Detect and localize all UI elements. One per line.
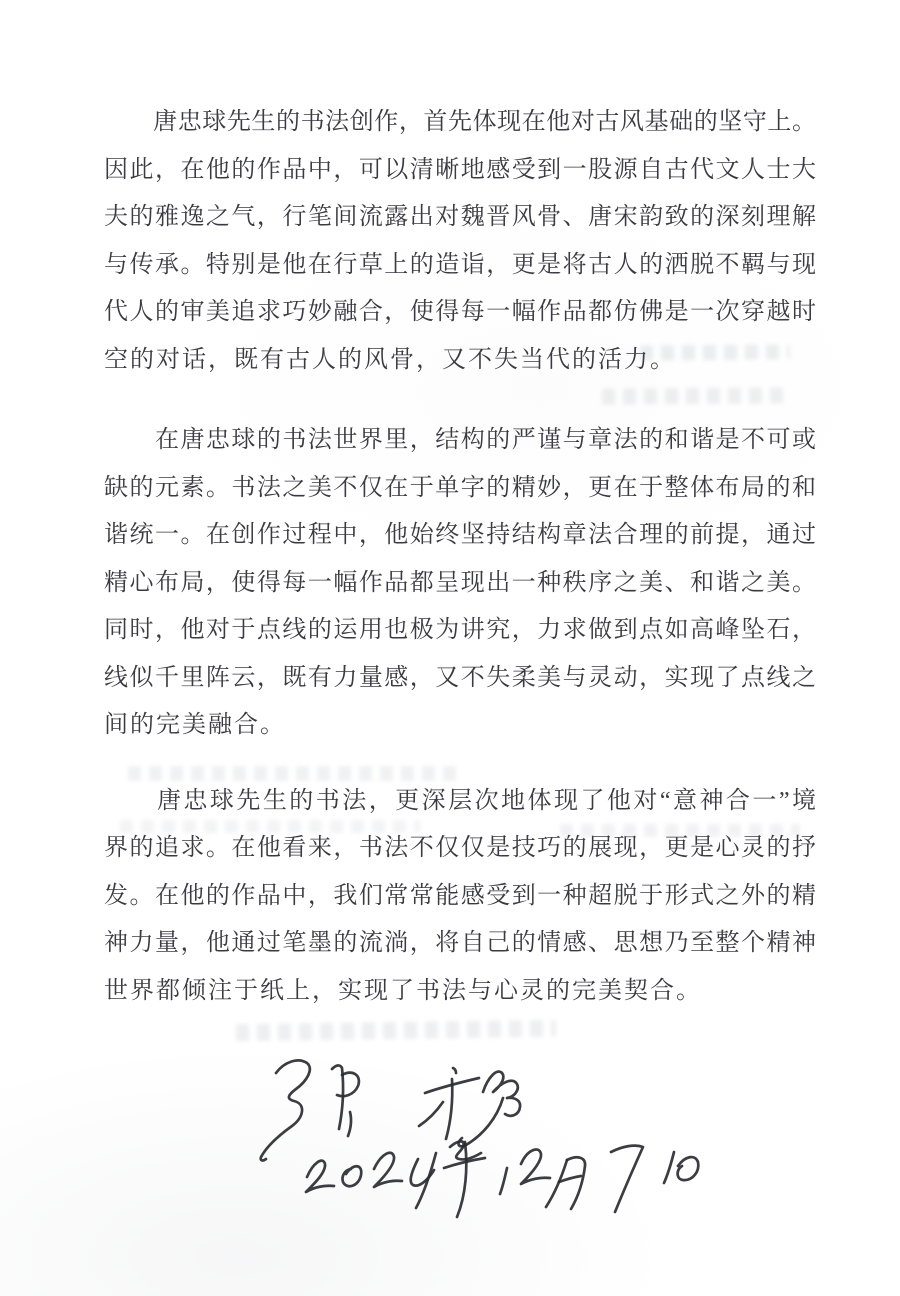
paragraph-2: 在唐忠球的书法世界里，结构的严谨与章法的和谐是不可或缺的元素。书法之美不仅在于单…: [104, 417, 816, 750]
text-line: 间的完美融合。: [104, 702, 816, 750]
text-line: 神力量，他通过笔墨的流淌，将自己的情感、思想乃至整个精神: [104, 920, 816, 968]
text-line: 发。在他的作品中，我们常常能感受到一种超脱于形式之外的精: [104, 873, 816, 921]
text-line: 因此，在他的作品中，可以清晰地感受到一股源自古代文人士大: [104, 147, 816, 195]
text-line: 夫的雅逸之气，行笔间流露出对魏晋风骨、唐宋韵致的深刻理解: [104, 194, 816, 242]
text-line: 唐忠球先生的书法，更深层次地体现了他对“意神合一”境: [104, 778, 816, 826]
text-line: 同时，他对于点线的运用也极为讲究，力求做到点如高峰坠石，: [104, 607, 816, 655]
signature-name-handwriting: [261, 1060, 520, 1160]
text-line: 谐统一。在创作过程中，他始终坚持结构章法合理的前提，通过: [104, 512, 816, 560]
text-line: 与传承。特别是他在行草上的造诣，更是将古人的洒脱不羁与现: [104, 242, 816, 290]
text-line: 世界都倾注于纸上，实现了书法与心灵的完美契合。: [104, 968, 816, 1016]
text-line: 缺的元素。书法之美不仅在于单字的精妙，更在于整体布局的和: [104, 465, 816, 513]
text-line: 界的追求。在他看来，书法不仅仅是技巧的展现，更是心灵的抒: [104, 825, 816, 873]
signature-date-handwriting: [306, 1141, 698, 1217]
text-line: 线似千里阵云，既有力量感，又不失柔美与灵动，实现了点线之: [104, 655, 816, 703]
text-line: 空的对话，既有古人的风骨，又不失当代的活力。: [104, 337, 816, 385]
paragraph-3: 唐忠球先生的书法，更深层次地体现了他对“意神合一”境界的追求。在他看来，书法不仅…: [104, 778, 816, 1016]
text-line: 代人的审美追求巧妙融合，使得每一幅作品都仿佛是一次穿越时: [104, 289, 816, 337]
scanned-document-page: 唐忠球先生的书法创作，首先体现在他对古风基础的坚守上。因此，在他的作品中，可以清…: [0, 0, 900, 1296]
text-line: 唐忠球先生的书法创作，首先体现在他对古风基础的坚守上。: [104, 99, 816, 147]
paragraph-1: 唐忠球先生的书法创作，首先体现在他对古风基础的坚守上。因此，在他的作品中，可以清…: [104, 99, 816, 384]
text-line: 在唐忠球的书法世界里，结构的严谨与章法的和谐是不可或: [104, 417, 816, 465]
signature-block: [250, 1035, 730, 1235]
document-text-block: 唐忠球先生的书法创作，首先体现在他对古风基础的坚守上。因此，在他的作品中，可以清…: [104, 99, 816, 1015]
text-line: 精心布局，使得每一幅作品都呈现出一种秩序之美、和谐之美。: [104, 560, 816, 608]
